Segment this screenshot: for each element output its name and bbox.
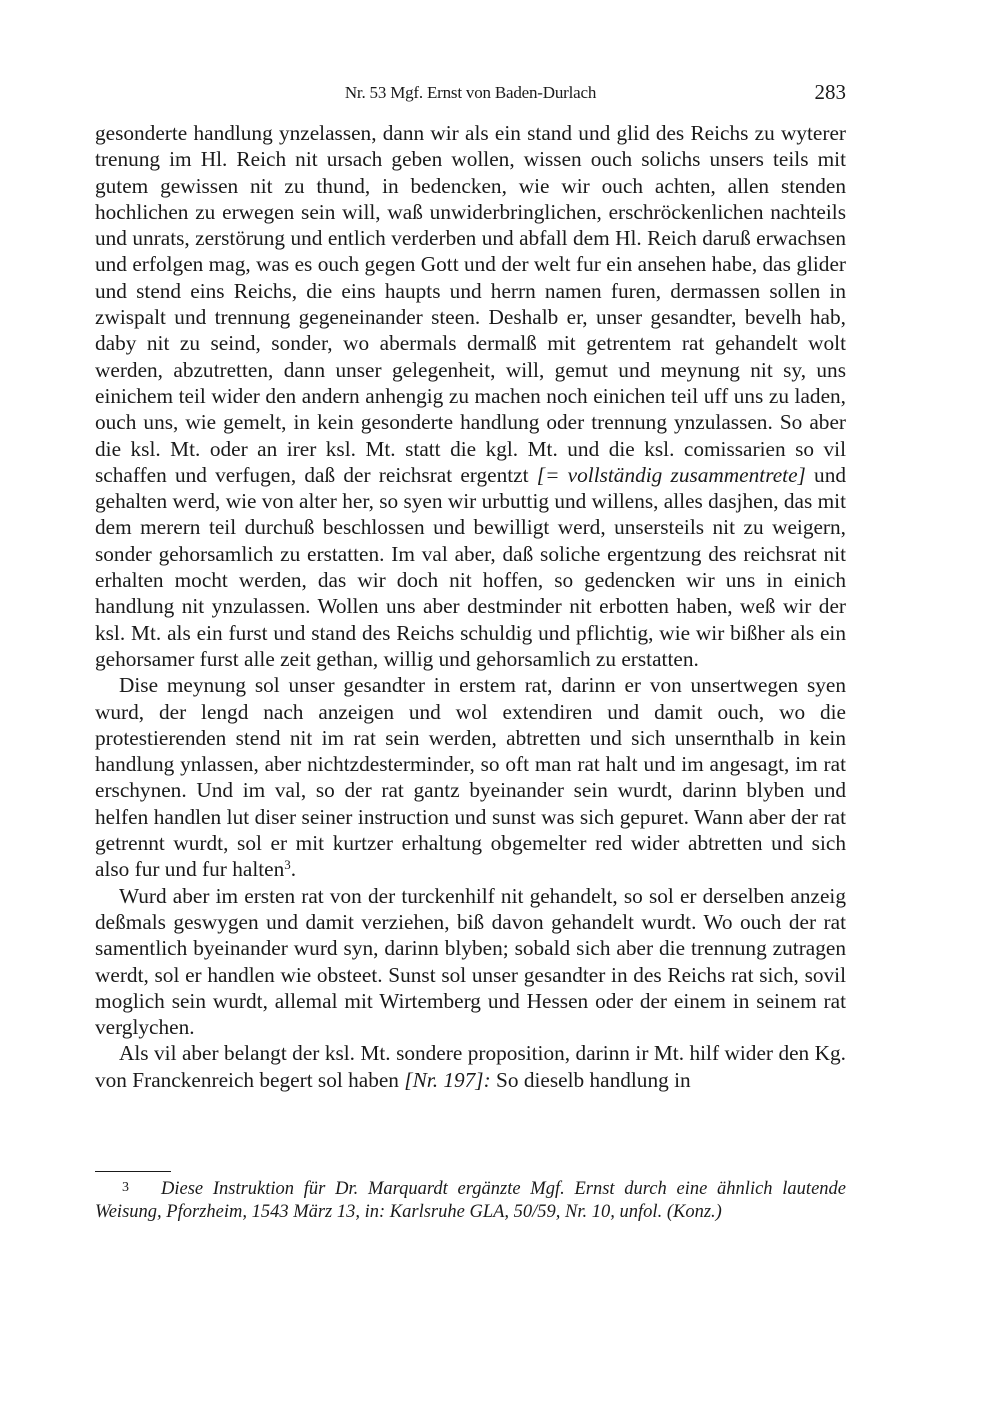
editorial-reference: [Nr. 197]:	[404, 1068, 490, 1092]
paragraph-2-end: .	[291, 857, 296, 881]
page-number: 283	[815, 80, 847, 105]
footnote-text: Diese Instruktion für Dr. Marquardt ergä…	[95, 1179, 846, 1222]
paragraph-1-text: gesonderte handlung ynzelassen, dann wir…	[95, 121, 846, 487]
paragraph-2-text: Dise meynung sol unser gesandter in erst…	[95, 673, 846, 881]
paragraph-1: gesonderte handlung ynzelassen, dann wir…	[95, 120, 846, 672]
footnote: 3Diese Instruktion für Dr. Marquardt erg…	[95, 1177, 846, 1223]
footnote-rule	[95, 1171, 171, 1172]
paragraph-1-continued: und gehalten werd, wie von alter her, so…	[95, 463, 846, 671]
paragraph-3: Wurd aber im ersten rat von der turckenh…	[95, 883, 846, 1041]
running-title: Nr. 53 Mgf. Ernst von Baden-Durlach	[95, 83, 846, 103]
footnote-number: 3	[95, 1177, 161, 1200]
paragraph-4-continued: So dieselb handlung in	[491, 1068, 691, 1092]
paragraph-4: Als vil aber belangt der ksl. Mt. sonder…	[95, 1040, 846, 1093]
main-text: gesonderte handlung ynzelassen, dann wir…	[95, 120, 846, 1093]
footnotes: 3Diese Instruktion für Dr. Marquardt erg…	[95, 1177, 846, 1223]
page-header: Nr. 53 Mgf. Ernst von Baden-Durlach 283	[95, 80, 846, 108]
paragraph-2: Dise meynung sol unser gesandter in erst…	[95, 672, 846, 882]
editorial-insertion: [= vollständig zusammentrete]	[537, 463, 806, 487]
